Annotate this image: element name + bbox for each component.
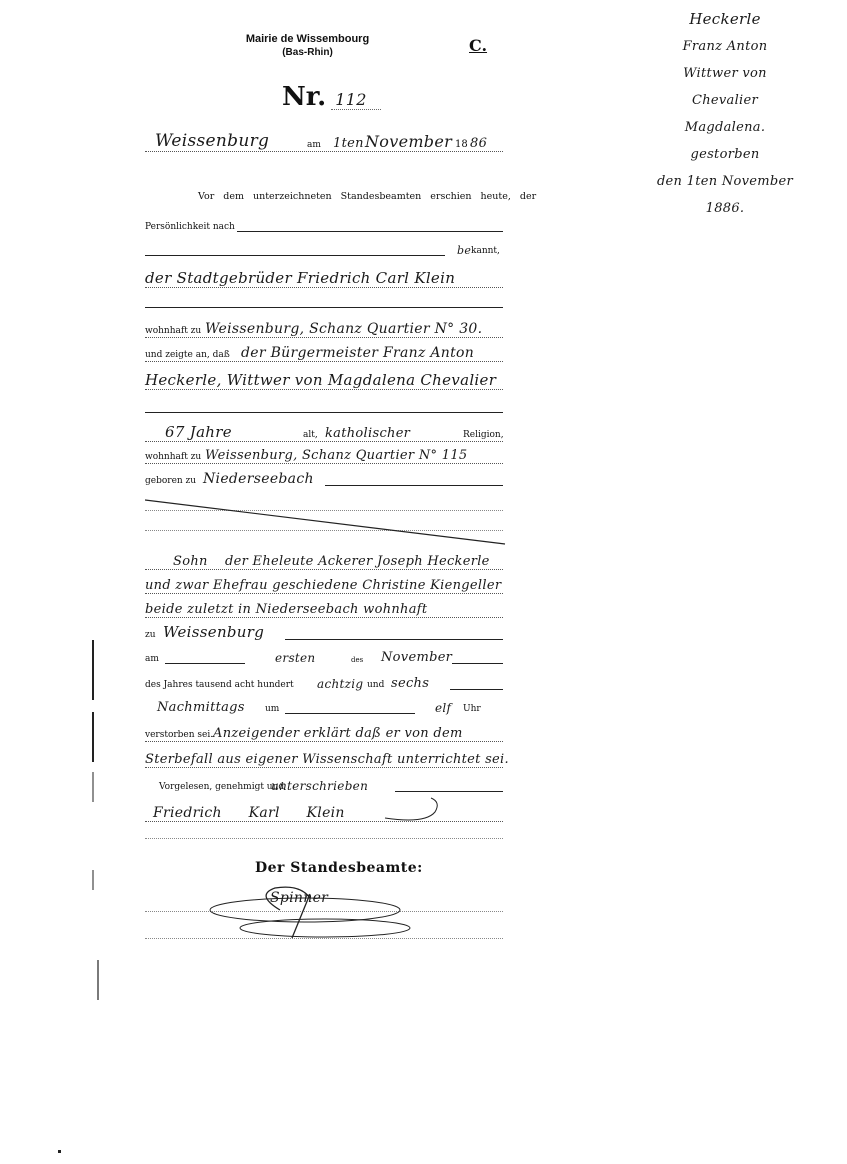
deceased-line: Heckerle, Wittwer von Magdalena Chevalie… <box>145 366 503 392</box>
parents-prefix: Sohn <box>173 554 208 569</box>
scan-edge-mark <box>97 960 99 1000</box>
death-day-suffix: des <box>351 656 365 664</box>
residence2-value: Weissenburg, Schanz Quartier N° 115 <box>205 448 467 463</box>
blank-line <box>145 838 503 839</box>
time-um: um <box>265 704 281 714</box>
parents-mother: und zwar Ehefrau geschiedene Christine K… <box>145 578 501 593</box>
death-place: Weissenburg <box>163 623 264 641</box>
year-prefix: 18 <box>455 139 470 150</box>
died-line: verstorben sei. Anzeigender erklärt daß … <box>145 720 503 744</box>
year-label: des Jahres tausend acht hundert <box>145 680 296 690</box>
margin-line: Franz Anton <box>625 33 825 60</box>
religion-value: katholischer <box>325 426 410 441</box>
read-label: Vorgelesen, genehmigt und <box>159 782 286 792</box>
died-label: verstorben sei. <box>145 730 215 740</box>
place: Weissenburg <box>155 131 269 151</box>
office-region: (Bas-Rhin) <box>235 47 380 58</box>
residence2-line: wohnhaft zu Weissenburg, Schanz Quartier… <box>145 444 503 466</box>
death-date-line: am ersten des November <box>145 646 503 668</box>
read-signed-line: Vorgelesen, genehmigt und unterschrieben <box>145 774 503 796</box>
identity-label: Persönlichkeit nach <box>145 222 237 232</box>
year-words-and: und <box>367 680 386 690</box>
scan-edge-mark <box>92 870 94 890</box>
deceased-line-1: der Bürgermeister Franz Anton <box>241 345 474 361</box>
death-day: ersten <box>275 651 315 665</box>
residence-label: wohnhaft zu <box>145 326 203 336</box>
number-label: Nr. <box>282 82 326 112</box>
date-label: am <box>145 654 161 664</box>
identity-suffix-label: kannt, <box>471 246 502 256</box>
age-value: 67 Jahre <box>165 423 232 441</box>
margin-line: Magdalena. <box>625 114 825 141</box>
separator-line <box>145 307 503 308</box>
scan-edge-mark <box>92 772 94 802</box>
identity-line-2: be kannt, <box>145 240 503 260</box>
form-letter: C. <box>469 36 487 55</box>
born-label: geboren zu <box>145 476 198 486</box>
declarant-name: der Stadtgebrüder Friedrich Carl Klein <box>145 269 455 287</box>
parents-line-2: und zwar Ehefrau geschiedene Christine K… <box>145 572 503 596</box>
deceased-line-2: Heckerle, Wittwer von Magdalena Chevalie… <box>145 371 496 389</box>
place-date-line: Weissenburg am 1ten November 18 86 <box>145 126 503 154</box>
parents-line-1: Sohn der Eheleute Ackerer Joseph Heckerl… <box>145 548 503 572</box>
time-uhr: Uhr <box>463 704 483 714</box>
death-place-line: zu Weissenburg <box>145 620 503 644</box>
official-title: Der Standesbeamte: <box>255 860 423 876</box>
religion-label: Religion, <box>463 430 506 440</box>
margin-line: gestorben <box>625 141 825 168</box>
strike-through-line <box>145 498 507 548</box>
declarant-line: der Stadtgebrüder Friedrich Carl Klein <box>145 266 503 290</box>
reports-line: und zeigte an, daß der Bürgermeister Fra… <box>145 340 503 364</box>
declarant-signature-line: Friedrich Karl Klein <box>145 798 503 824</box>
scan-edge-mark <box>92 712 94 762</box>
time-value: Nachmittags <box>157 700 245 715</box>
margin-line: Wittwer von <box>625 60 825 87</box>
margin-line: den 1ten November <box>625 168 825 195</box>
separator-line <box>145 412 503 413</box>
am-label: am <box>307 140 323 150</box>
identity-suffix: be <box>457 244 471 257</box>
age-religion-line: 67 Jahre alt, katholischer Religion, <box>145 420 503 444</box>
parents-father: der Eheleute Ackerer Joseph Heckerle <box>225 554 490 569</box>
remark-line-1: Anzeigender erklärt daß er von dem <box>213 726 463 741</box>
born-line: geboren zu Niederseebach <box>145 468 503 490</box>
year-words-1: achtzig <box>317 677 363 691</box>
scan-speck <box>58 1150 61 1153</box>
residence2-label: wohnhaft zu <box>145 452 203 462</box>
margin-line: Chevalier <box>625 87 825 114</box>
remark-line-2: Sterbefall aus eigener Wissenschaft unte… <box>145 752 509 767</box>
official-signature: Spinner <box>270 890 328 906</box>
margin-line: Heckerle <box>625 6 825 33</box>
year-words-line: des Jahres tausend acht hundert achtzig … <box>145 672 503 694</box>
time-line: Nachmittags um elf Uhr <box>145 696 503 718</box>
scan-edge-mark <box>92 640 94 700</box>
at-label: zu <box>145 630 158 640</box>
date-month: November <box>365 132 452 151</box>
residence-line: wohnhaft zu Weissenburg, Schanz Quartier… <box>145 316 503 340</box>
parents-residence: beide zuletzt in Niederseebach wohnhaft <box>145 602 427 617</box>
year-words-2: sechs <box>391 676 429 691</box>
intro-text: Vor dem unterzeichneten Standesbeamten e… <box>198 191 536 202</box>
record-number: Nr. 112 <box>282 82 381 112</box>
time-hour: elf <box>435 701 451 715</box>
parents-line-3: beide zuletzt in Niederseebach wohnhaft <box>145 596 503 620</box>
office-stamp: Mairie de Wissembourg (Bas-Rhin) <box>235 33 380 58</box>
reports-label: und zeigte an, daß <box>145 350 232 360</box>
alt-label: alt, <box>303 430 320 440</box>
margin-line: 1886. <box>625 195 825 222</box>
death-month: November <box>381 650 452 665</box>
year-suffix: 86 <box>470 136 487 151</box>
residence-value: Weissenburg, Schanz Quartier N° 30. <box>205 321 482 337</box>
date-day: 1ten <box>333 136 364 151</box>
office-name: Mairie de Wissembourg <box>235 33 380 45</box>
identity-line: Persönlichkeit nach <box>145 216 503 236</box>
margin-annotation: Heckerle Franz Anton Wittwer von Chevali… <box>625 6 825 222</box>
remark-line: Sterbefall aus eigener Wissenschaft unte… <box>145 746 503 770</box>
read-value: unterschrieben <box>271 779 368 793</box>
declarant-signature: Friedrich Karl Klein <box>153 805 345 821</box>
number-value: 112 <box>331 90 380 110</box>
signature-flourish <box>375 796 455 826</box>
born-value: Niederseebach <box>203 471 314 487</box>
